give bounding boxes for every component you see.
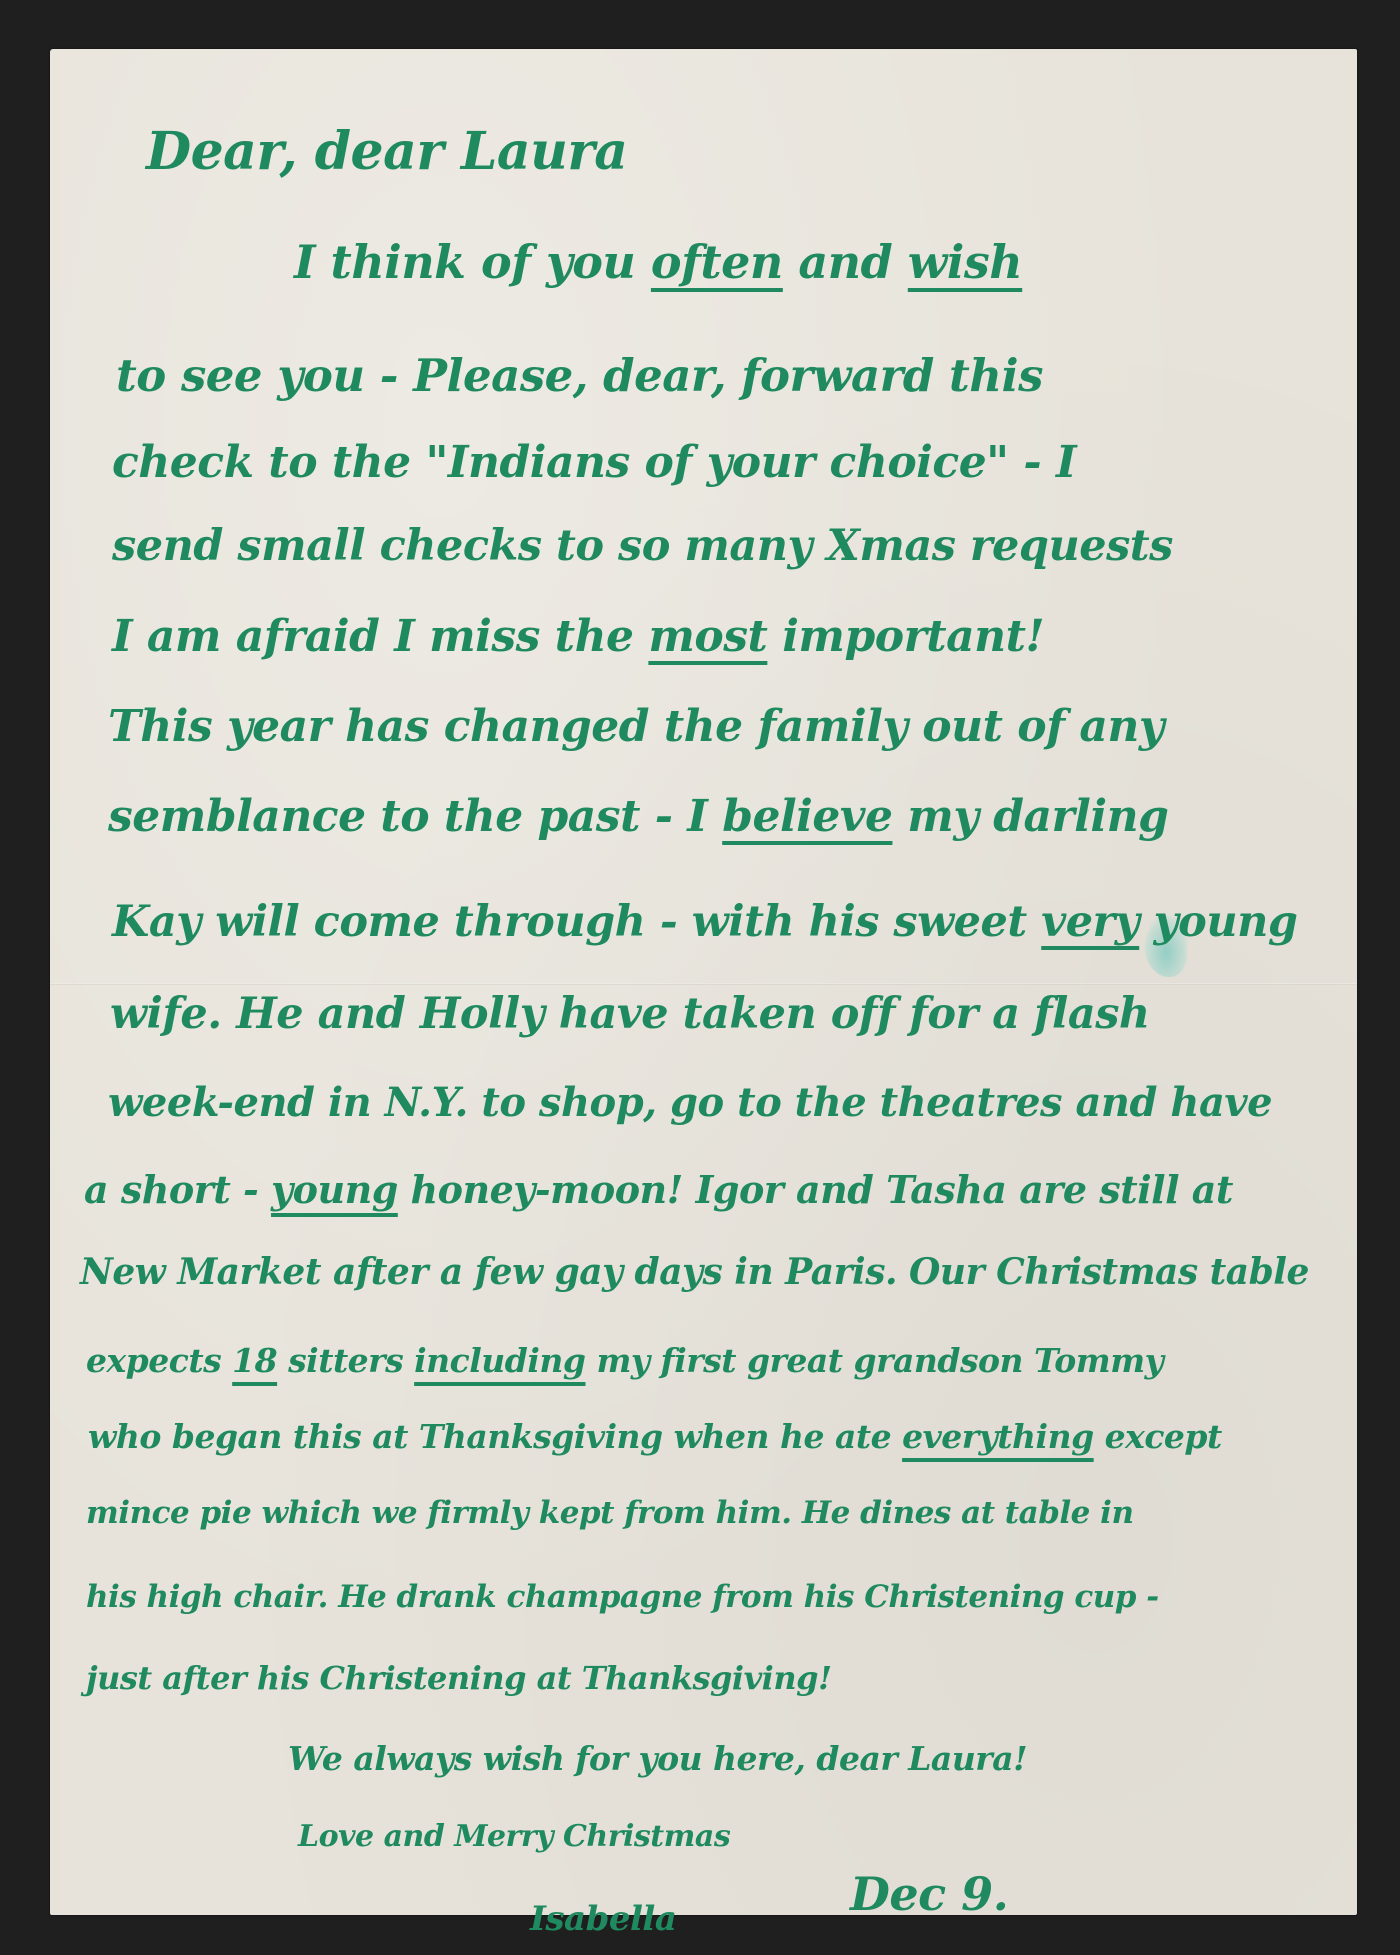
underlined-word: including bbox=[414, 1341, 585, 1380]
letter-date: Dec 9. bbox=[850, 1867, 1008, 1921]
signature: Isabella bbox=[530, 1899, 676, 1939]
body-line-17: just after his Christening at Thanksgivi… bbox=[86, 1659, 832, 1697]
closing-line-2: Love and Merry Christmas bbox=[298, 1819, 730, 1854]
body-line-13: expects 18 sitters including my first gr… bbox=[86, 1341, 1163, 1380]
body-line-8: Kay will come through - with his sweet v… bbox=[112, 897, 1297, 947]
fold-line bbox=[50, 983, 1357, 985]
underlined-word: very bbox=[1041, 897, 1139, 947]
closing-line-1: We always wish for you here, dear Laura! bbox=[288, 1739, 1027, 1778]
body-line-4: send small checks to so many Xmas reques… bbox=[112, 521, 1173, 571]
body-line-10: week-end in N.Y. to shop, go to the thea… bbox=[108, 1079, 1272, 1126]
body-line-3: check to the "Indians of your choice" - … bbox=[112, 437, 1076, 488]
body-line-9: wife. He and Holly have taken off for a … bbox=[110, 989, 1150, 1039]
underlined-word: young bbox=[271, 1167, 398, 1212]
body-line-6: This year has changed the family out of … bbox=[108, 701, 1164, 752]
underlined-word: believe bbox=[722, 791, 892, 842]
underlined-word: often bbox=[651, 235, 783, 289]
underlined-word: everything bbox=[902, 1417, 1094, 1456]
body-line-12: New Market after a few gay days in Paris… bbox=[80, 1251, 1309, 1293]
letter-paper: Dear, dear Laura I think of you often an… bbox=[50, 49, 1357, 1915]
underlined-word: most bbox=[648, 611, 767, 662]
body-line-16: his high chair. He drank champagne from … bbox=[86, 1579, 1159, 1615]
body-line-11: a short - young honey-moon! Igor and Tas… bbox=[84, 1167, 1233, 1212]
body-line-15: mince pie which we firmly kept from him.… bbox=[86, 1495, 1134, 1531]
body-line-5: I am afraid I miss the most important! bbox=[112, 611, 1044, 662]
body-line-7: semblance to the past - I believe my dar… bbox=[108, 791, 1168, 842]
underlined-number: 18 bbox=[232, 1341, 277, 1380]
body-line-14: who began this at Thanksgiving when he a… bbox=[88, 1417, 1222, 1456]
body-line-2: to see you - Please, dear, forward this bbox=[116, 349, 1043, 402]
underlined-word: wish bbox=[908, 235, 1022, 289]
body-line-1: I think of you often and wish bbox=[294, 235, 1022, 289]
salutation: Dear, dear Laura bbox=[146, 121, 627, 182]
